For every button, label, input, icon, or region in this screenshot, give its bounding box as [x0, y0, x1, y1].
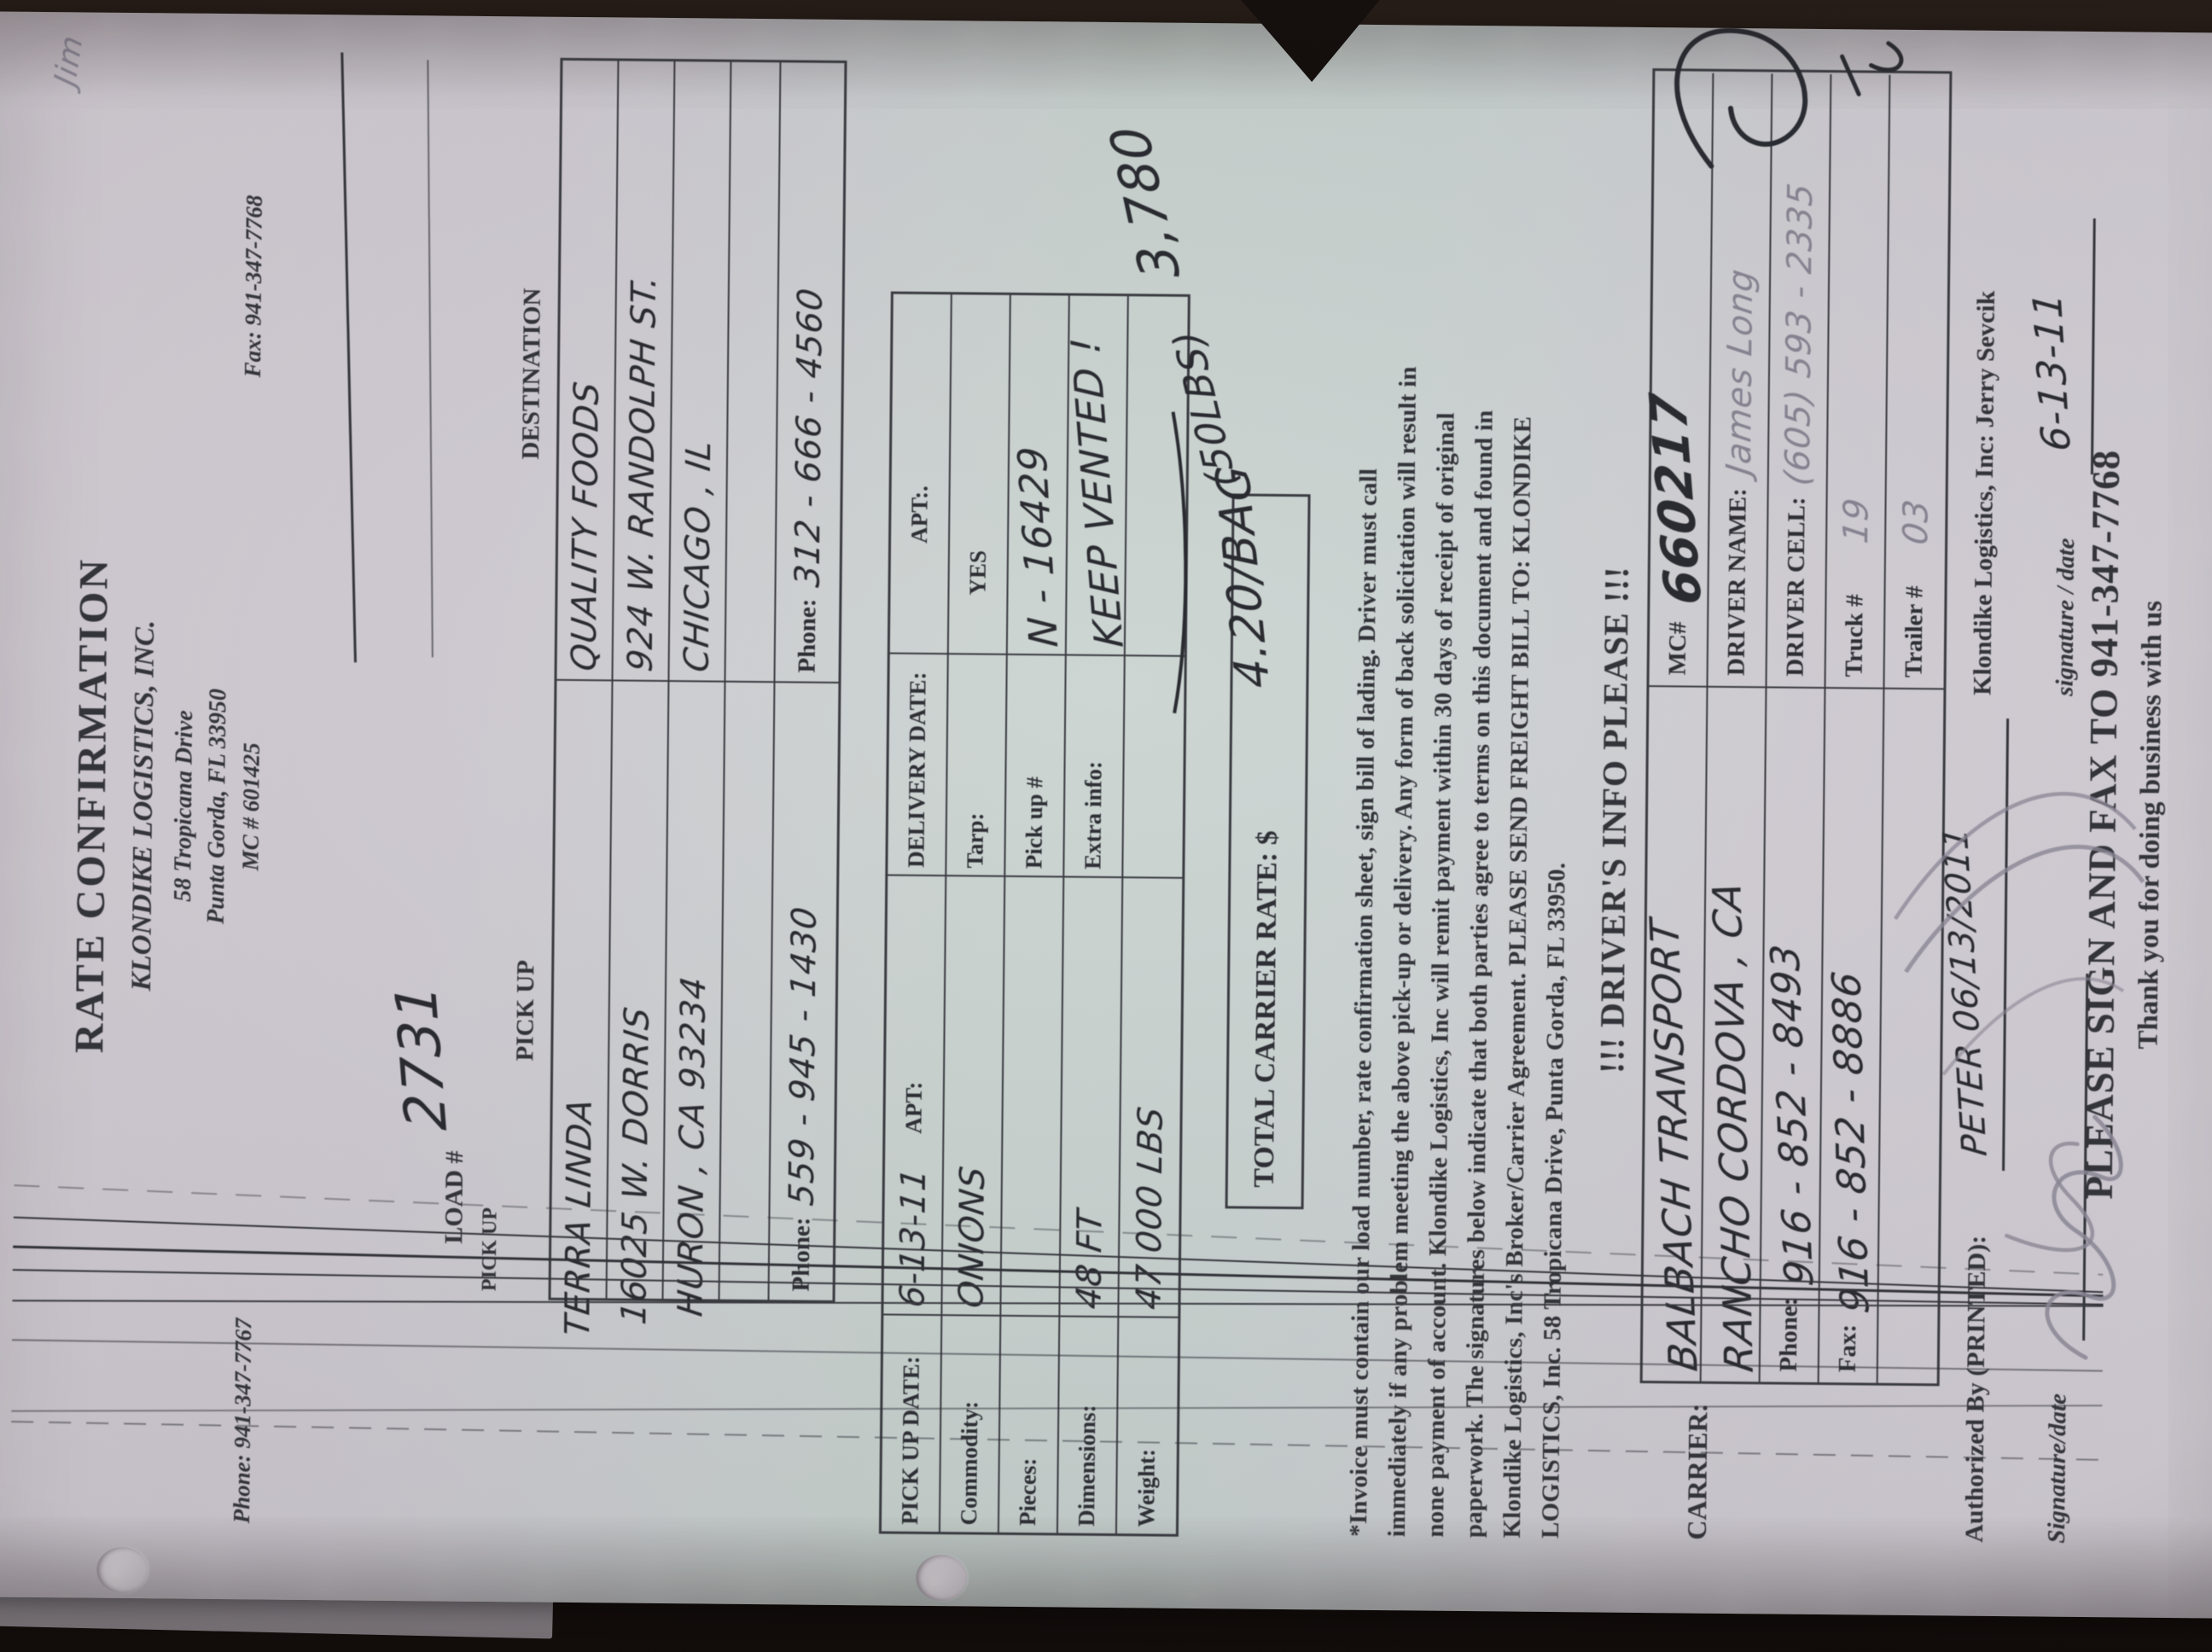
carrier-fax-label: Fax:	[1834, 1324, 1863, 1373]
shipment-details-table: PICK UP DATE: 6-13-11 APT: DELIVERY DATE…	[879, 292, 1190, 1537]
destination-city-cell: CHICAGO , IL	[669, 61, 731, 681]
company-fax: Fax: 941-347-7768	[240, 195, 268, 377]
authorized-underline	[2002, 718, 2009, 1171]
pickup-phone-label: Phone:	[787, 1217, 816, 1291]
company-phone: Phone: 941-347-7767	[229, 1318, 257, 1523]
pickup-address-cell: 16025 W. DORRIS	[608, 679, 670, 1299]
driver-name-value: James Long	[1719, 266, 1760, 477]
destination-name: QUALITY FOODS	[565, 379, 607, 673]
tarp-value: YES	[964, 550, 992, 596]
destination-phone-label: Phone:	[793, 598, 822, 672]
dimensions-value: 48 FT	[1069, 1207, 1109, 1312]
punch-hole	[96, 1547, 148, 1594]
authorized-by-label: Authorized By (PRINTED):	[1960, 1236, 1992, 1543]
truck-number-label: Truck #	[1841, 594, 1870, 677]
commodity-label: Commodity:	[956, 1401, 983, 1526]
weight-value: 47 000 LBS	[1129, 1104, 1170, 1312]
carrier-table: BALBACH TRANSPORT MC# 660217 RANCHO CORD…	[1640, 68, 1953, 1386]
pieces-label: Pieces:	[1015, 1458, 1042, 1527]
driver-name-label: DRIVER NAME:	[1723, 488, 1753, 676]
weight-label: Weight:	[1133, 1449, 1161, 1527]
document-title: RATE CONFIRMATION	[61, 7, 123, 1603]
commodity-value: ONIONS	[952, 1163, 992, 1310]
drivers-info-heading: !!! DRIVER'S INFO PLEASE !!!	[1586, 21, 1642, 1617]
company-name: KLONDIKE LOGISTICS, INC.	[120, 8, 167, 1603]
route-table: TERRA LINDA QUALITY FOODS 16025 W. DORRI…	[549, 58, 847, 1303]
load-number-value: 2731	[382, 982, 460, 1131]
truck-number-value: 19	[1837, 495, 1876, 545]
carrier-label: CARRIER:	[1681, 1403, 1714, 1539]
authorized-by-value: PETER 06/13/2011	[1935, 825, 1995, 1158]
trailer-number-label: Trailer #	[1901, 585, 1930, 678]
carrier-blank-cell	[1878, 688, 1944, 1384]
dimensions-label: Dimensions:	[1074, 1405, 1101, 1527]
tarp-label: Tarp:	[962, 812, 989, 868]
paper-sheet: RATE CONFIRMATION KLONDIKE LOGISTICS, IN…	[0, 11, 2212, 1618]
delivery-apt-label: APT:.	[906, 486, 934, 544]
rate-confirmation-document: RATE CONFIRMATION KLONDIKE LOGISTICS, IN…	[35, 7, 2184, 1623]
pickup-column-header: PICK UP	[511, 960, 540, 1062]
delivery-date-label: DELIVERY DATE:	[903, 672, 931, 868]
driver-cell-label: DRIVER CELL:	[1782, 497, 1812, 677]
pickup-phone-value: 559 - 945 - 1430	[783, 904, 824, 1207]
driver-cell-value: (605) 593 - 2335	[1778, 180, 1819, 487]
rate-total: 3,780	[1097, 124, 1193, 282]
broker-sign-date-value: 6-13-11	[2023, 290, 2080, 453]
destination-address: 924 W. RANDOLPH ST.	[621, 273, 664, 674]
pickup-apt-label: APT:	[900, 1082, 928, 1134]
extra-info-label: Extra info:	[1080, 761, 1107, 870]
extra-info-value: KEEP VENTED !	[1062, 336, 1132, 649]
load-number-label: LOAD #	[439, 1150, 469, 1244]
trailer-number-value: 03	[1896, 497, 1935, 547]
mc-label: MC#	[1664, 621, 1693, 675]
pickup-date-label: PICK UP DATE:	[897, 1356, 925, 1525]
mc-value: 660217	[1638, 390, 1713, 607]
destination-phone-value: 312 - 666 - 4560	[789, 285, 830, 589]
fax-instruction: PLEASE SIGN AND FAX TO 941-347-7768	[2073, 26, 2133, 1622]
details-blank-label-cell	[1123, 654, 1184, 877]
rate-label: TOTAL CARRIER RATE: $	[1249, 830, 1284, 1188]
pickup-name-cell: TERRA LINDA	[551, 679, 614, 1299]
destination-column-header: DESTINATION	[517, 288, 547, 459]
header-underline	[341, 52, 357, 662]
pickup-city: HURON , CA 93234	[671, 974, 713, 1318]
broker-signer-name: Klondike Logistics, Inc: Jerry Sevcik	[1968, 291, 2001, 695]
destination-city: CHICAGO , IL	[678, 438, 719, 675]
punch-hole	[916, 1555, 968, 1602]
carrier-phone-value: 916 - 852 - 8493	[1761, 941, 1821, 1288]
carrier-phone-label: Phone:	[1775, 1298, 1804, 1372]
pickup-number-value: N - 16429	[1008, 445, 1066, 649]
header-rule-2	[427, 60, 433, 657]
pickup-city-cell: HURON , CA 93234	[664, 680, 726, 1300]
terms-paragraph: *Invoice must contain our load number, r…	[1340, 86, 1584, 1539]
carrier-city-value: RANCHO CORDOVA , CA	[1703, 878, 1762, 1375]
thank-you-line: Thank you for doing business with us	[2128, 27, 2174, 1623]
destination-phone-cell: Phone: 312 - 666 - 4560	[775, 62, 844, 682]
carrier-signature-label: Signature/date	[2043, 1393, 2073, 1544]
broker-signature-label: signature / date	[2051, 538, 2081, 696]
destination-blank-cell	[725, 62, 781, 682]
pickup-date-value: 6-13-11	[893, 1166, 934, 1310]
destination-name-cell: QUALITY FOODS	[556, 61, 619, 680]
destination-address-cell: 924 W. RANDOLPH ST.	[613, 61, 675, 680]
corner-note: Jim	[49, 32, 90, 90]
photo-of-rate-confirmation: RATE CONFIRMATION KLONDIKE LOGISTICS, IN…	[0, 0, 2212, 1652]
pickup-phone-cell: Phone: 559 - 945 - 1430	[770, 681, 839, 1300]
pickup-blank-cell	[720, 681, 776, 1300]
pickup-number-label: Pick up #	[1021, 777, 1048, 869]
